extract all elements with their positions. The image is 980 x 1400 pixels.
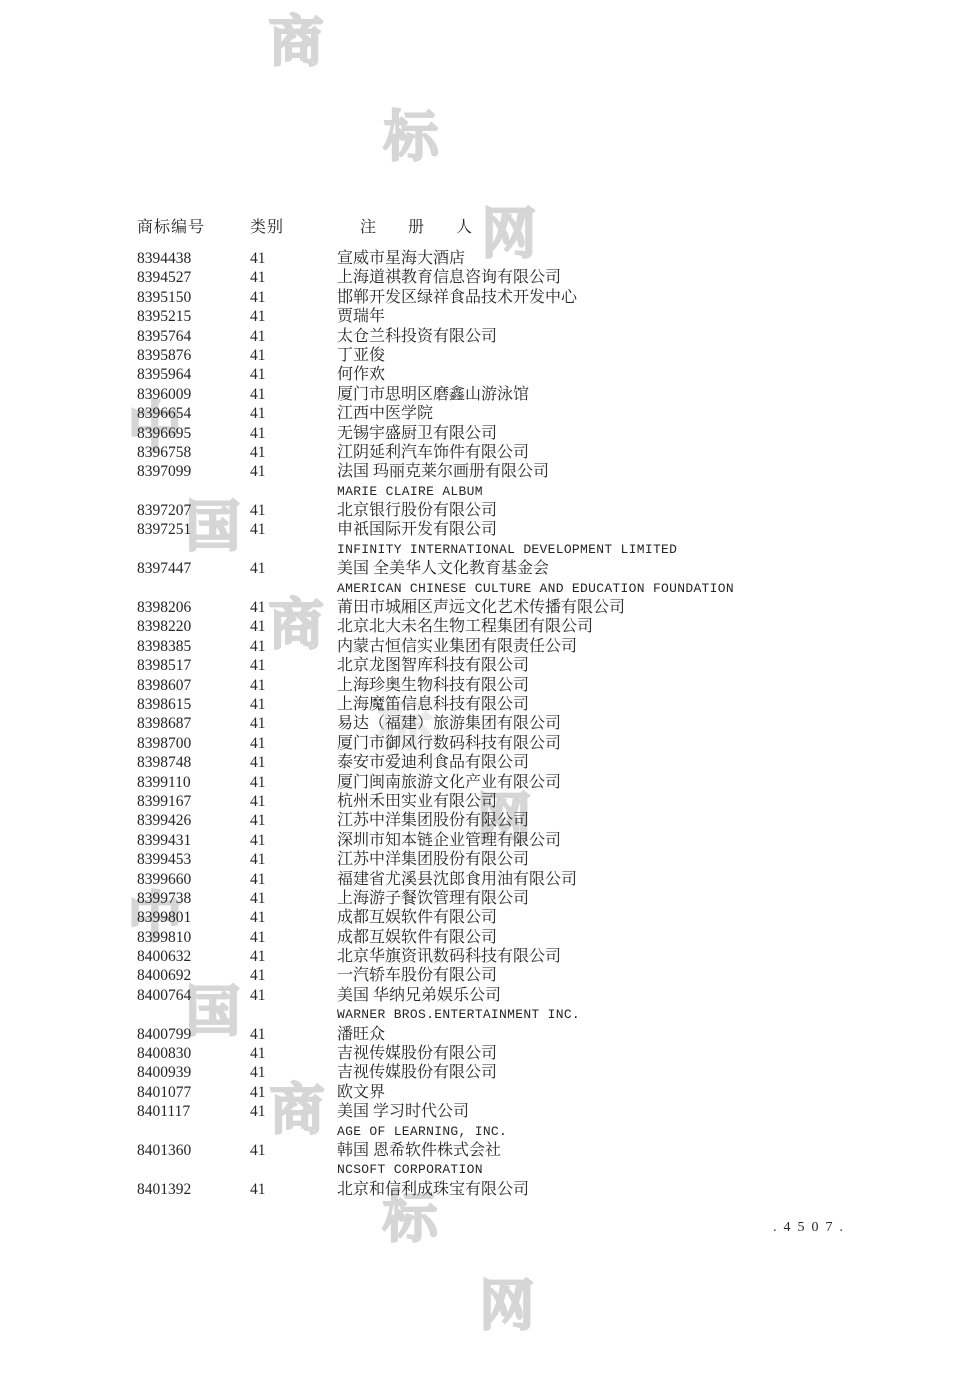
table-row: 839452741上海道祺教育信息咨询有限公司 [0,268,980,287]
registrant-cell: 上海珍奥生物科技有限公司 [337,676,529,695]
registrant-cell: 美国 华纳兄弟娱乐公司 [337,986,501,1005]
registrant-cell: 法国 玛丽克莱尔画册有限公司 [337,462,549,481]
class-cell: 41 [250,1180,266,1199]
registrant-cell: 何作欢 [337,365,385,384]
table-row: 839443841宣威市星海大酒店 [0,249,980,268]
registrant-cell: 美国 学习时代公司 [337,1102,469,1121]
registrant-cell: 上海道祺教育信息咨询有限公司 [337,268,561,287]
class-cell: 41 [250,656,266,675]
class-cell: 41 [250,520,266,539]
table-row: 839966041福建省尤溪县沈郎食用油有限公司 [0,870,980,889]
registrant-cell: 申祇国际开发有限公司 [337,520,497,539]
table-row: 839838541内蒙古恒信实业集团有限责任公司 [0,637,980,656]
table-row: 840083041吉视传媒股份有限公司 [0,1044,980,1063]
table-row: 840069241一汽轿车股份有限公司 [0,966,980,985]
class-cell: 41 [250,928,266,947]
trademark-number-cell: 8400799 [137,1025,191,1044]
trademark-number-cell: 8398517 [137,656,191,675]
table-row: 840107741欧文界 [0,1083,980,1102]
registrant-cell: 深圳市知本链企业管理有限公司 [337,831,561,850]
class-cell: 41 [250,1044,266,1063]
trademark-number-cell: 8396758 [137,443,191,462]
class-cell: 41 [250,617,266,636]
registrant-cell: 厦门闽南旅游文化产业有限公司 [337,773,561,792]
trademark-number-cell: 8397099 [137,462,191,481]
class-cell: 41 [250,404,266,423]
trademark-number-cell: 8398700 [137,734,191,753]
registrant-en-cell: WARNER BROS.ENTERTAINMENT INC. [337,1005,580,1024]
table-row: 839860741上海珍奥生物科技有限公司 [0,676,980,695]
trademark-number-cell: 8401077 [137,1083,191,1102]
table-row: 839942641江苏中洋集团股份有限公司 [0,811,980,830]
table-row: 840136041韩国 恩希软件株式会社 [0,1141,980,1160]
table-row: AMERICAN CHINESE CULTURE AND EDUCATION F… [0,579,980,598]
table-row: 840139241北京和信利成珠宝有限公司 [0,1180,980,1199]
class-cell: 41 [250,695,266,714]
table-row: 839822041北京北大未名生物工程集团有限公司 [0,617,980,636]
class-cell: 41 [250,598,266,617]
trademark-number-cell: 8399810 [137,928,191,947]
trademark-number-cell: 8399738 [137,889,191,908]
registrant-cell: 北京龙图智库科技有限公司 [337,656,529,675]
class-cell: 41 [250,773,266,792]
table-row: 839720741北京银行股份有限公司 [0,501,980,520]
registrant-cell: 江苏中洋集团股份有限公司 [337,850,529,869]
class-cell: 41 [250,1083,266,1102]
registrant-cell: 易达（福建）旅游集团有限公司 [337,714,561,733]
trademark-number-cell: 8400939 [137,1063,191,1082]
trademark-number-cell: 8401117 [137,1102,190,1121]
class-cell: 41 [250,850,266,869]
trademark-number-cell: 8397251 [137,520,191,539]
class-cell: 41 [250,637,266,656]
document-page: 商标网中国商标网中国商标网 商标编号 类别 注 册 人 839443841宣威市… [0,0,980,1400]
table-row: 839665441江西中医学院 [0,404,980,423]
trademark-number-cell: 8394527 [137,268,191,287]
registrant-en-cell: NCSOFT CORPORATION [337,1160,483,1179]
table-row: 839868741易达（福建）旅游集团有限公司 [0,714,980,733]
class-cell: 41 [250,908,266,927]
class-cell: 41 [250,831,266,850]
class-cell: 41 [250,307,266,326]
table-row: 839515041邯郸开发区绿祥食品技术开发中心 [0,288,980,307]
registrant-cell: 泰安市爱迪利食品有限公司 [337,753,529,772]
registrant-cell: 江苏中洋集团股份有限公司 [337,811,529,830]
registrant-cell: 邯郸开发区绿祥食品技术开发中心 [337,288,577,307]
trademark-number-cell: 8399660 [137,870,191,889]
watermark-glyph: 标 [383,110,438,165]
trademark-number-cell: 8401392 [137,1180,191,1199]
class-cell: 41 [250,462,266,481]
trademark-number-cell: 8396009 [137,385,191,404]
class-cell: 41 [250,734,266,753]
registrant-cell: 宣威市星海大酒店 [337,249,465,268]
registrant-cell: 丁亚俊 [337,346,385,365]
registrant-cell: 上海游子餐饮管理有限公司 [337,889,529,908]
table-row: 839861541上海魔笛信息科技有限公司 [0,695,980,714]
class-cell: 41 [250,501,266,520]
registrant-cell: 厦门市御风行数码科技有限公司 [337,734,561,753]
class-cell: 41 [250,249,266,268]
table-row: 840111741美国 学习时代公司 [0,1102,980,1121]
watermark-glyph: 商 [268,15,323,70]
header-class: 类别 [250,214,284,237]
class-cell: 41 [250,986,266,1005]
registrant-cell: 一汽轿车股份有限公司 [337,966,497,985]
table-row: WARNER BROS.ENTERTAINMENT INC. [0,1005,980,1024]
class-cell: 41 [250,870,266,889]
table-row: 840076441美国 华纳兄弟娱乐公司 [0,986,980,1005]
registrant-cell: 江阴延利汽车饰件有限公司 [337,443,529,462]
registrant-cell: 贾瑞年 [337,307,385,326]
trademark-number-cell: 8399431 [137,831,191,850]
class-cell: 41 [250,559,266,578]
trademark-number-cell: 8401360 [137,1141,191,1160]
trademark-table-body: 839443841宣威市星海大酒店839452741上海道祺教育信息咨询有限公司… [0,249,980,1199]
class-cell: 41 [250,1025,266,1044]
trademark-number-cell: 8396654 [137,404,191,423]
table-row: 839600941厦门市思明区磨鑫山游泳馆 [0,385,980,404]
registrant-cell: 太仓兰科投资有限公司 [337,327,497,346]
trademark-number-cell: 8395150 [137,288,191,307]
registrant-cell: 福建省尤溪县沈郎食用油有限公司 [337,870,577,889]
trademark-number-cell: 8397447 [137,559,191,578]
table-row: 840093941吉视传媒股份有限公司 [0,1063,980,1082]
trademark-number-cell: 8394438 [137,249,191,268]
table-row: 839943141深圳市知本链企业管理有限公司 [0,831,980,850]
class-cell: 41 [250,1102,266,1121]
trademark-number-cell: 8398607 [137,676,191,695]
registrant-cell: 北京北大未名生物工程集团有限公司 [337,617,593,636]
trademark-number-cell: 8399801 [137,908,191,927]
class-cell: 41 [250,327,266,346]
table-row: AGE OF LEARNING, INC. [0,1122,980,1141]
class-cell: 41 [250,288,266,307]
table-row: 839820641莆田市城厢区声远文化艺术传播有限公司 [0,598,980,617]
class-cell: 41 [250,268,266,287]
trademark-number-cell: 8398615 [137,695,191,714]
table-row: 839725141申祇国际开发有限公司 [0,520,980,539]
trademark-number-cell: 8400632 [137,947,191,966]
table-row: 839669541无锡宇盛厨卫有限公司 [0,424,980,443]
table-row: NCSOFT CORPORATION [0,1160,980,1179]
table-row: 840079941潘旺众 [0,1025,980,1044]
table-row: MARIE CLAIRE ALBUM [0,482,980,501]
registrant-cell: 无锡宇盛厨卫有限公司 [337,424,497,443]
table-row: 839870041厦门市御风行数码科技有限公司 [0,734,980,753]
class-cell: 41 [250,424,266,443]
trademark-number-cell: 8399453 [137,850,191,869]
registrant-cell: 潘旺众 [337,1025,385,1044]
trademark-number-cell: 8400692 [137,966,191,985]
table-row: 839587641丁亚俊 [0,346,980,365]
watermark-glyph: 网 [479,1279,534,1334]
trademark-number-cell: 8395876 [137,346,191,365]
table-row: 839521541贾瑞年 [0,307,980,326]
registrant-en-cell: AMERICAN CHINESE CULTURE AND EDUCATION F… [337,579,734,598]
header-trademark-number: 商标编号 [137,214,205,237]
class-cell: 41 [250,443,266,462]
table-header: 商标编号 类别 注 册 人 [0,214,980,236]
table-row: 839981041成都互娱软件有限公司 [0,928,980,947]
table-row: 839576441太仓兰科投资有限公司 [0,327,980,346]
table-row: 839596441何作欢 [0,365,980,384]
registrant-cell: 江西中医学院 [337,404,433,423]
registrant-cell: 韩国 恩希软件株式会社 [337,1141,501,1160]
class-cell: 41 [250,714,266,733]
class-cell: 41 [250,365,266,384]
registrant-cell: 北京和信利成珠宝有限公司 [337,1180,529,1199]
trademark-number-cell: 8399426 [137,811,191,830]
table-row: 839709941法国 玛丽克莱尔画册有限公司 [0,462,980,481]
registrant-cell: 杭州禾田实业有限公司 [337,792,497,811]
trademark-number-cell: 8398687 [137,714,191,733]
registrant-cell: 北京银行股份有限公司 [337,501,497,520]
trademark-number-cell: 8399167 [137,792,191,811]
table-row: 839744741美国 全美华人文化教育基金会 [0,559,980,578]
class-cell: 41 [250,966,266,985]
header-registrant: 注 册 人 [360,214,473,237]
registrant-cell: 吉视传媒股份有限公司 [337,1063,497,1082]
trademark-number-cell: 8400764 [137,986,191,1005]
table-row: INFINITY INTERNATIONAL DEVELOPMENT LIMIT… [0,540,980,559]
registrant-cell: 成都互娱软件有限公司 [337,908,497,927]
class-cell: 41 [250,1063,266,1082]
registrant-en-cell: AGE OF LEARNING, INC. [337,1122,507,1141]
trademark-number-cell: 8397207 [137,501,191,520]
registrant-cell: 厦门市思明区磨鑫山游泳馆 [337,385,529,404]
registrant-en-cell: INFINITY INTERNATIONAL DEVELOPMENT LIMIT… [337,540,677,559]
trademark-number-cell: 8395215 [137,307,191,326]
trademark-number-cell: 8399110 [137,773,191,792]
registrant-cell: 上海魔笛信息科技有限公司 [337,695,529,714]
class-cell: 41 [250,676,266,695]
trademark-number-cell: 8395964 [137,365,191,384]
table-row: 839980141成都互娱软件有限公司 [0,908,980,927]
class-cell: 41 [250,811,266,830]
table-row: 839973841上海游子餐饮管理有限公司 [0,889,980,908]
class-cell: 41 [250,947,266,966]
class-cell: 41 [250,385,266,404]
table-row: 839851741北京龙图智库科技有限公司 [0,656,980,675]
table-row: 839675841江阴延利汽车饰件有限公司 [0,443,980,462]
registrant-cell: 北京华旗资讯数码科技有限公司 [337,947,561,966]
trademark-number-cell: 8398748 [137,753,191,772]
class-cell: 41 [250,753,266,772]
registrant-cell: 莆田市城厢区声远文化艺术传播有限公司 [337,598,625,617]
table-row: 839911041厦门闽南旅游文化产业有限公司 [0,773,980,792]
registrant-cell: 内蒙古恒信实业集团有限责任公司 [337,637,577,656]
class-cell: 41 [250,889,266,908]
registrant-en-cell: MARIE CLAIRE ALBUM [337,482,483,501]
registrant-cell: 成都互娱软件有限公司 [337,928,497,947]
class-cell: 41 [250,1141,266,1160]
table-row: 839945341江苏中洋集团股份有限公司 [0,850,980,869]
trademark-number-cell: 8395764 [137,327,191,346]
trademark-number-cell: 8398220 [137,617,191,636]
trademark-number-cell: 8398385 [137,637,191,656]
registrant-cell: 吉视传媒股份有限公司 [337,1044,497,1063]
table-row: 839916741杭州禾田实业有限公司 [0,792,980,811]
trademark-number-cell: 8398206 [137,598,191,617]
registrant-cell: 美国 全美华人文化教育基金会 [337,559,549,578]
registrant-cell: 欧文界 [337,1083,385,1102]
class-cell: 41 [250,346,266,365]
class-cell: 41 [250,792,266,811]
page-number: .4507. [773,1220,850,1236]
table-row: 840063241北京华旗资讯数码科技有限公司 [0,947,980,966]
table-row: 839874841泰安市爱迪利食品有限公司 [0,753,980,772]
trademark-number-cell: 8396695 [137,424,191,443]
trademark-number-cell: 8400830 [137,1044,191,1063]
